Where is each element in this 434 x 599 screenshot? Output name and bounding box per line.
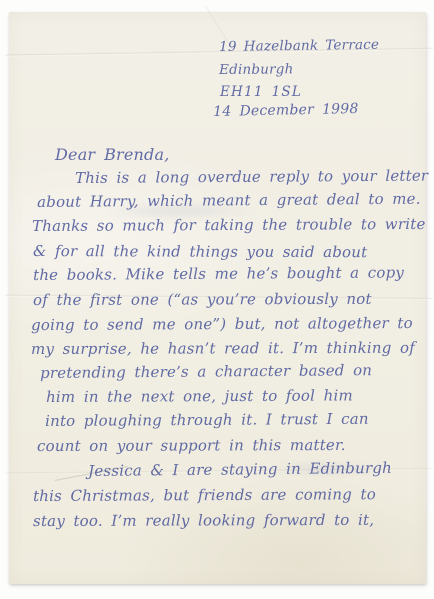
address-line-postcode: EH11 1SL bbox=[220, 84, 302, 100]
body-line: Jessica & I are staying in Edinburgh bbox=[88, 459, 392, 480]
body-line: of the first one (“as you’re obviously n… bbox=[33, 290, 372, 309]
body-line: pretending there’s a character based on bbox=[40, 361, 372, 382]
body-line: the books. Mike tells me he’s bought a c… bbox=[33, 263, 404, 284]
body-line: my surprise, he hasn’t read it. I’m thin… bbox=[31, 339, 415, 358]
body-line: This is a long overdue reply to your let… bbox=[75, 167, 428, 187]
body-line: & for all the kind things you said about bbox=[33, 242, 367, 261]
body-line: stay too. I’m really looking forward to … bbox=[33, 511, 374, 530]
body-line: going to send me one”) but, not altogeth… bbox=[31, 314, 413, 334]
letter-photograph: 19 Hazelbank Terrace Edinburgh EH11 1SL … bbox=[0, 0, 434, 599]
body-line: this Christmas, but friends are coming t… bbox=[33, 485, 376, 505]
address-line: 19 Hazelbank Terrace bbox=[219, 37, 379, 55]
address-line: Edinburgh bbox=[219, 61, 294, 78]
body-line: count on your support in this matter. bbox=[37, 436, 346, 455]
body-line: Thanks so much for taking the trouble to… bbox=[32, 215, 426, 235]
body-line: into ploughing through it. I trust I can bbox=[45, 410, 369, 430]
date-line: 14 December 1998 bbox=[213, 101, 359, 120]
body-line: him in the next one, just to fool him bbox=[46, 386, 353, 406]
letter-paper: 19 Hazelbank Terrace Edinburgh EH11 1SL … bbox=[9, 12, 426, 584]
salutation: Dear Brenda, bbox=[55, 145, 170, 164]
body-line: about Harry, which meant a great deal to… bbox=[37, 190, 421, 211]
